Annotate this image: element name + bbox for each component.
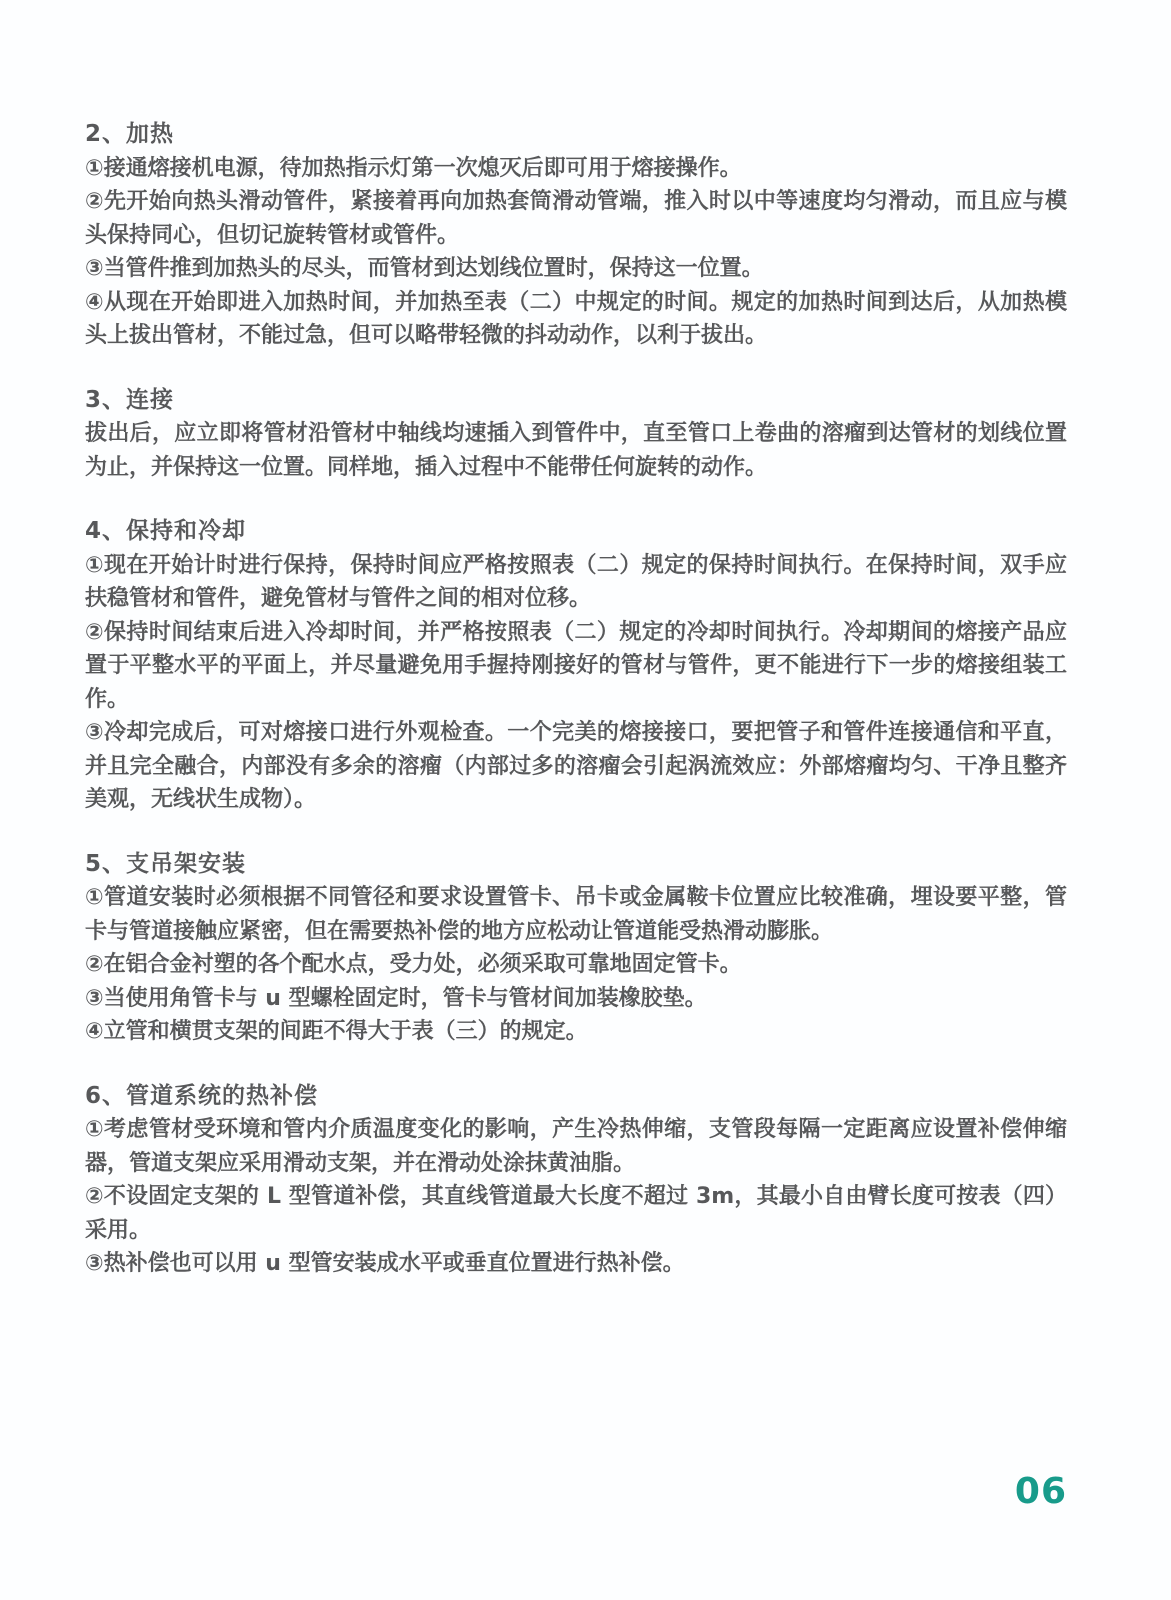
section-heading: 3、连接 xyxy=(85,384,1067,418)
section-paragraph: ③热补偿也可以用 u 型管安装成水平或垂直位置进行热补偿。 xyxy=(85,1247,1067,1281)
section-paragraph: 拔出后，应立即将管材沿管材中轴线均速插入到管件中，直至管口上卷曲的溶瘤到达管材的… xyxy=(85,417,1067,484)
section-heading: 2、加热 xyxy=(85,118,1067,152)
section-paragraph: ③当管件推到加热头的尽头，而管材到达划线位置时，保持这一位置。 xyxy=(85,252,1067,286)
section-paragraph: ②保持时间结束后进入冷却时间，并严格按照表（二）规定的冷却时间执行。冷却期间的熔… xyxy=(85,616,1067,717)
section-paragraph: ④立管和横贯支架的间距不得大于表（三）的规定。 xyxy=(85,1015,1067,1049)
section-paragraph: ④从现在开始即进入加热时间，并加热至表（二）中规定的时间。规定的加热时间到达后，… xyxy=(85,286,1067,353)
section-paragraph: ③当使用角管卡与 u 型螺栓固定时，管卡与管材间加装橡胶垫。 xyxy=(85,982,1067,1016)
section-heading: 4、保持和冷却 xyxy=(85,515,1067,549)
section-heading: 5、支吊架安装 xyxy=(85,848,1067,882)
section-connecting: 3、连接 拔出后，应立即将管材沿管材中轴线均速插入到管件中，直至管口上卷曲的溶瘤… xyxy=(85,384,1067,485)
section-paragraph: ①管道安装时必须根据不同管径和要求设置管卡、吊卡或金属鞍卡位置应比较准确，埋设要… xyxy=(85,881,1067,948)
section-paragraph: ①考虑管材受环境和管内介质温度变化的影响，产生冷热伸缩，支管段每隔一定距离应设置… xyxy=(85,1113,1067,1180)
section-paragraph: ②不设固定支架的 L 型管道补偿，其直线管道最大长度不超过 3m，其最小自由臂长… xyxy=(85,1180,1067,1247)
section-paragraph: ③冷却完成后，可对熔接口进行外观检查。一个完美的熔接接口，要把管子和管件连接通信… xyxy=(85,716,1067,817)
section-paragraph: ②先开始向热头滑动管件，紧接着再向加热套筒滑动管端，推入时以中等速度均匀滑动，而… xyxy=(85,185,1067,252)
section-thermal-compensation: 6、管道系统的热补偿 ①考虑管材受环境和管内介质温度变化的影响，产生冷热伸缩，支… xyxy=(85,1080,1067,1281)
section-bracket-installation: 5、支吊架安装 ①管道安装时必须根据不同管径和要求设置管卡、吊卡或金属鞍卡位置应… xyxy=(85,848,1067,1049)
section-heading: 6、管道系统的热补偿 xyxy=(85,1080,1067,1114)
section-paragraph: ①接通熔接机电源，待加热指示灯第一次熄灭后即可用于熔接操作。 xyxy=(85,152,1067,186)
section-paragraph: ①现在开始计时进行保持，保持时间应严格按照表（二）规定的保持时间执行。在保持时间… xyxy=(85,549,1067,616)
section-holding-cooling: 4、保持和冷却 ①现在开始计时进行保持，保持时间应严格按照表（二）规定的保持时间… xyxy=(85,515,1067,817)
section-heating: 2、加热 ①接通熔接机电源，待加热指示灯第一次熄灭后即可用于熔接操作。 ②先开始… xyxy=(85,118,1067,353)
document-page: 2、加热 ①接通熔接机电源，待加热指示灯第一次熄灭后即可用于熔接操作。 ②先开始… xyxy=(0,0,1171,1600)
section-paragraph: ②在铝合金衬塑的各个配水点，受力处，必须采取可靠地固定管卡。 xyxy=(85,948,1067,982)
page-number: 06 xyxy=(1015,1472,1067,1512)
page-content: 2、加热 ①接通熔接机电源，待加热指示灯第一次熄灭后即可用于熔接操作。 ②先开始… xyxy=(85,118,1067,1281)
